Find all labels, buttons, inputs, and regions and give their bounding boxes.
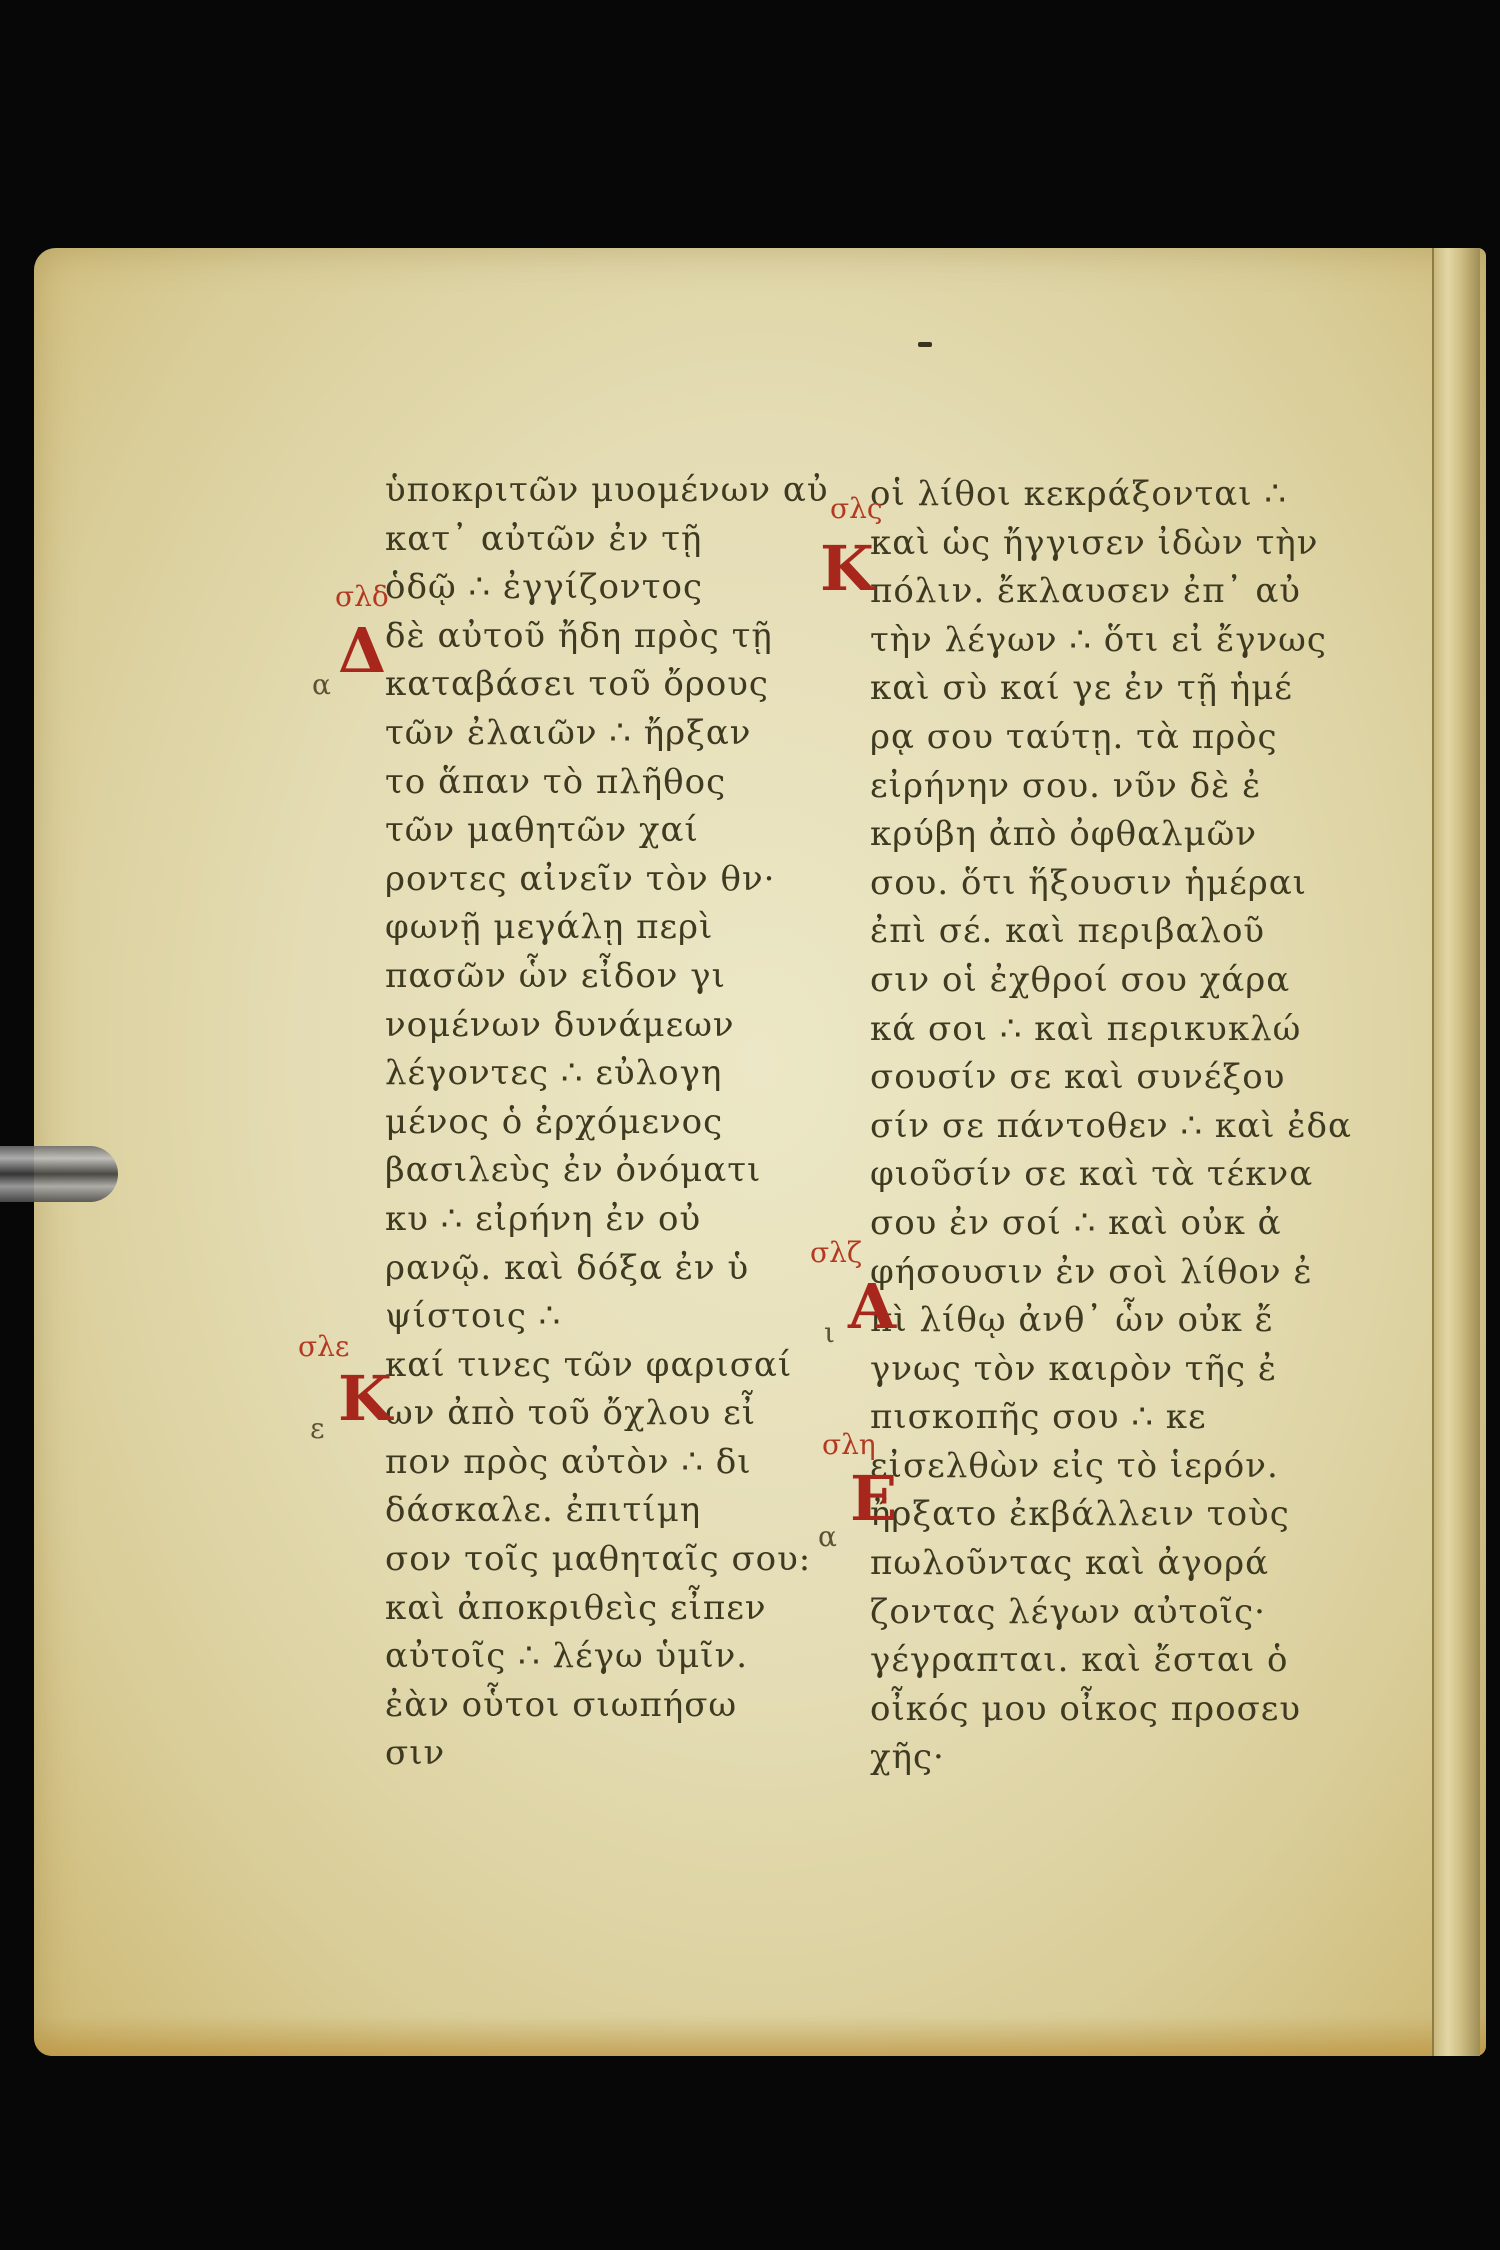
text-line: σιν οἱ ἐχθροί σου χάρα	[870, 956, 1352, 1005]
text-line: δὲ αὐτοῦ ἤδη πρὸς τῇ	[385, 612, 829, 661]
text-line: τῶν ἐλαιῶν ∴ ἤρξαν	[385, 709, 829, 758]
text-line: φιοῦσίν σε καὶ τὰ τέκνα	[870, 1150, 1352, 1199]
text-line: χῆς·	[870, 1733, 1352, 1782]
text-line: ζοντας λέγων αὐτοῖς·	[870, 1588, 1352, 1637]
red-initial: Δ	[338, 614, 386, 687]
text-line: το ἅπαν τὸ πλῆθος	[385, 758, 829, 807]
text-line: πωλοῦντας καὶ ἀγορά	[870, 1539, 1352, 1588]
text-line: σου. ὅτι ἥξουσιν ἡμέραι	[870, 859, 1352, 908]
text-line: αὐτοῖς ∴ λέγω ὑμῖν.	[385, 1632, 829, 1681]
text-line: πασῶν ὧν εἶδον γι	[385, 952, 829, 1001]
margin-number: ι	[824, 1316, 835, 1349]
text-line: ρᾳ σου ταύτῃ. τὰ πρὸς	[870, 713, 1352, 762]
text-line: σιν	[385, 1729, 829, 1778]
text-line: καὶ ἀποκριθεὶς εἶπεν	[385, 1584, 829, 1633]
text-line: κά σοι ∴ καὶ περικυκλώ	[870, 1005, 1352, 1054]
text-line: καί τινες τῶν φαρισαί	[385, 1341, 829, 1390]
text-line: ροντες αἰνεῖν τὸν θν·	[385, 855, 829, 904]
text-line: ων ἀπὸ τοῦ ὄχλου εἶ	[385, 1389, 829, 1438]
margin-number: σλδ	[335, 580, 389, 613]
text-line: λέγοντες ∴ εὐλογη	[385, 1049, 829, 1098]
text-line: γέγραπται. καὶ ἔσται ὁ	[870, 1636, 1352, 1685]
text-line: δάσκαλε. ἐπιτίμη	[385, 1486, 829, 1535]
text-line: κυ ∴ εἰρήνη ἐν οὐ	[385, 1195, 829, 1244]
text-line: εἰσελθὼν εἰς τὸ ἱερόν.	[870, 1442, 1352, 1491]
text-line: ὁδῷ ∴ ἐγγίζοντος	[385, 563, 829, 612]
margin-number: ε	[310, 1412, 325, 1445]
margin-number: σλη	[822, 1428, 876, 1461]
binding-fold	[1432, 248, 1480, 2056]
text-line: σον τοῖς μαθηταῖς σου:	[385, 1535, 829, 1584]
text-line: πον πρὸς αὐτὸν ∴ δι	[385, 1438, 829, 1487]
text-line: γνως τὸν καιρὸν τῆς ἐ	[870, 1345, 1352, 1394]
text-line: μένος ὁ ἐρχόμενος	[385, 1098, 829, 1147]
text-line: τῶν μαθητῶν χαί	[385, 806, 829, 855]
margin-number: σλε	[298, 1330, 349, 1363]
text-line: οἱ λίθοι κεκράξονται ∴	[870, 470, 1352, 519]
red-initial: Α	[848, 1270, 896, 1343]
text-line: κατ᾽ αὐτῶν ἐν τῇ	[385, 515, 829, 564]
text-line: πόλιν. ἔκλαυσεν ἐπ᾽ αὐ	[870, 567, 1352, 616]
red-initial: Κ	[338, 1362, 392, 1435]
left-text-column: ὑποκριτῶν μυομένων αὐκατ᾽ αὐτῶν ἐν τῇὁδῷ…	[385, 466, 829, 1778]
margin-number: α	[312, 668, 331, 701]
text-line: σίν σε πάντοθεν ∴ καὶ ἐδα	[870, 1102, 1352, 1151]
red-initial: Ε	[850, 1462, 897, 1535]
text-line: βασιλεὺς ἐν ὀνόματι	[385, 1146, 829, 1195]
text-line: ἐπὶ σέ. καὶ περιβαλοῦ	[870, 907, 1352, 956]
glass-weight-rod	[0, 1146, 118, 1202]
text-line: ἐὰν οὗτοι σιωπήσω	[385, 1681, 829, 1730]
ink-mark	[918, 342, 932, 347]
text-line: καὶ ὡς ἤγγισεν ἰδὼν τὴν	[870, 519, 1352, 568]
text-line: φωνῇ μεγάλῃ περὶ	[385, 903, 829, 952]
text-line: πισκοπῆς σου ∴ κε	[870, 1393, 1352, 1442]
text-line: φήσουσιν ἐν σοὶ λίθον ἐ	[870, 1248, 1352, 1297]
text-line: ψίστοις ∴	[385, 1292, 829, 1341]
text-line: οἶκός μου οἶκος προσευ	[870, 1685, 1352, 1734]
margin-number: σλς	[830, 492, 883, 525]
red-initial: Κ	[820, 532, 874, 605]
text-line: σουσίν σε καὶ συνέξου	[870, 1053, 1352, 1102]
text-line: εἰρήνην σου. νῦν δὲ ἐ	[870, 762, 1352, 811]
right-text-column: οἱ λίθοι κεκράξονται ∴καὶ ὡς ἤγγισεν ἰδὼ…	[870, 470, 1352, 1782]
text-line: τὴν λέγων ∴ ὅτι εἰ ἔγνως	[870, 616, 1352, 665]
text-line: πὶ λίθῳ ἀνθ᾽ ὧν οὐκ ἔ	[870, 1296, 1352, 1345]
text-line: ρανῷ. καὶ δόξα ἐν ὑ	[385, 1244, 829, 1293]
margin-number: α	[818, 1520, 837, 1553]
text-line: κρύβη ἀπὸ ὀφθαλμῶν	[870, 810, 1352, 859]
text-line: ὑποκριτῶν μυομένων αὐ	[385, 466, 829, 515]
margin-number: σλζ	[810, 1236, 862, 1269]
text-line: καὶ σὺ καί γε ἐν τῇ ἡμέ	[870, 664, 1352, 713]
text-line: νομένων δυνάμεων	[385, 1001, 829, 1050]
text-line: σου ἐν σοί ∴ καὶ οὐκ ἀ	[870, 1199, 1352, 1248]
text-line: ἤρξατο ἐκβάλλειν τοὺς	[870, 1490, 1352, 1539]
text-line: καταβάσει τοῦ ὄρους	[385, 660, 829, 709]
